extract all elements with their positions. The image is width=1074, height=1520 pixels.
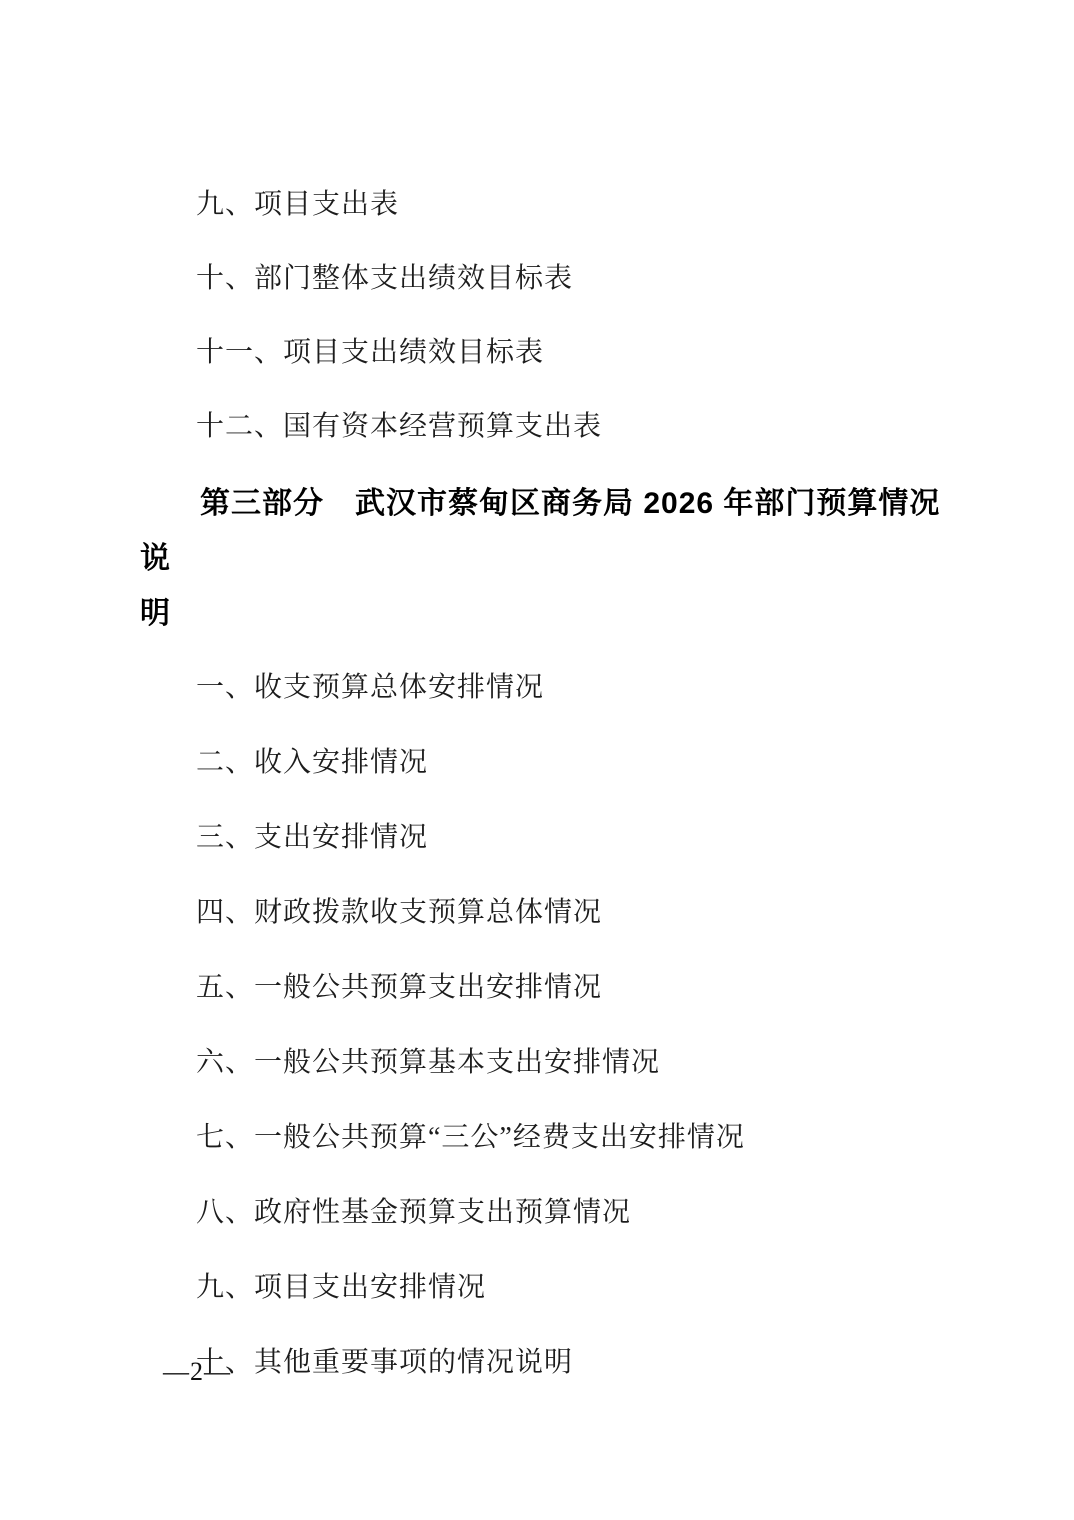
section-item: 二、收入安排情况	[140, 746, 944, 779]
section-item: 十、其他重要事项的情况说明	[140, 1346, 944, 1379]
page-content: 九、项目支出表 十、部门整体支出绩效目标表 十一、项目支出绩效目标表 十二、国有…	[140, 188, 944, 1421]
section-item: 三、支出安排情况	[140, 821, 944, 854]
section-heading: 第三部分 武汉市蔡甸区商务局 2026 年部门预算情况说明	[140, 476, 944, 641]
section-item: 八、政府性基金预算支出预算情况	[140, 1196, 944, 1229]
section-item: 六、一般公共预算基本支出安排情况	[140, 1046, 944, 1079]
section-item: 一、收支预算总体安排情况	[140, 671, 944, 704]
toc-item: 十二、国有资本经营预算支出表	[140, 410, 944, 443]
section-item: 九、项目支出安排情况	[140, 1271, 944, 1304]
section-item: 四、财政拨款收支预算总体情况	[140, 896, 944, 929]
document-page: 九、项目支出表 十、部门整体支出绩效目标表 十一、项目支出绩效目标表 十二、国有…	[0, 0, 1074, 1520]
toc-item: 十、部门整体支出绩效目标表	[140, 262, 944, 295]
toc-item: 十一、项目支出绩效目标表	[140, 336, 944, 369]
section-heading-line-1: 第三部分 武汉市蔡甸区商务局 2026 年部门预算情况说	[140, 487, 940, 575]
page-number: —2—	[163, 1357, 231, 1387]
section-item: 七、一般公共预算“三公”经费支出安排情况	[140, 1121, 944, 1154]
toc-item: 九、项目支出表	[140, 188, 944, 221]
section-heading-line-2: 明	[140, 597, 171, 630]
section-item: 五、一般公共预算支出安排情况	[140, 971, 944, 1004]
